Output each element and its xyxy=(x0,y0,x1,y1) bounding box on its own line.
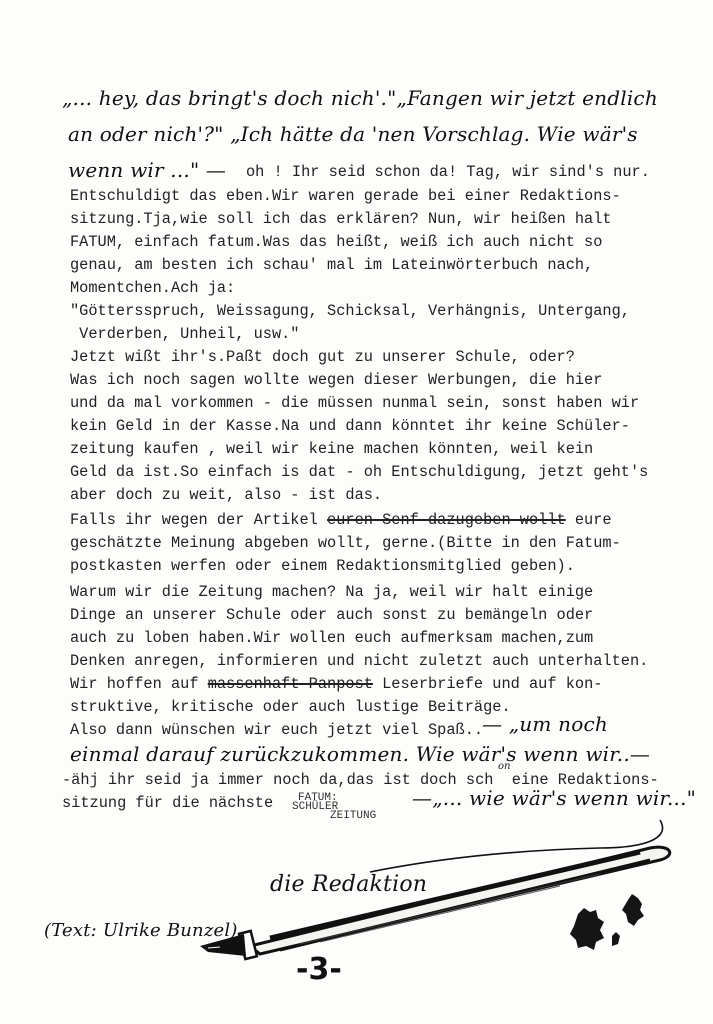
fountain-pen-drawing xyxy=(0,0,713,1024)
document-page: „... hey, das bringt's doch nich'."„Fang… xyxy=(0,0,713,1024)
page-number: -3- xyxy=(296,952,342,987)
ink-blots xyxy=(570,894,644,950)
text-credit: (Text: Ulrike Bunzel) xyxy=(44,920,238,941)
signature-die-redaktion: die Redaktion xyxy=(270,872,427,897)
